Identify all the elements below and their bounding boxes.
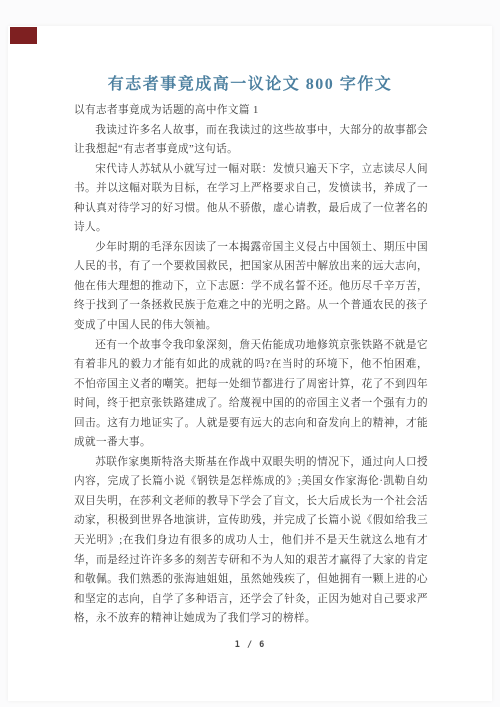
essay-paragraph: 宋代诗人苏轼从小就写过一幅对联：发愤只遍天下字，立志读尽人间书。并以这幅对联为目… [74, 160, 428, 238]
essay-paragraph: 我读过许多名人故事，而在我读过的这些故事中，大部分的故事都会让我想起“有志者事竟… [74, 121, 428, 160]
essay-subtitle: 以有志者事竟成为话题的高中作文篇 1 [74, 101, 428, 121]
essay-title: 有志者事竟成高一议论文 800 字作文 [0, 71, 500, 94]
document-viewer: 有志者事竟成高一议论文 800 字作文 以有志者事竟成为话题的高中作文篇 1 我… [0, 0, 500, 707]
essay-paragraph: 少年时期的毛泽东因读了一本揭露帝国主义侵占中国领土、期压中国人民的书，有了一个要… [74, 238, 428, 336]
essay-paragraph: 还有一个故事令我印象深刻，詹天佑能成功地修筑京张铁路不就是它有着非凡的毅力才能有… [74, 336, 428, 453]
essay-paragraph: 苏联作家奥斯特洛夫斯基在作战中双眼失明的情况下，通过向人口授内容，完成了长篇小说… [74, 453, 428, 629]
essay-body: 以有志者事竟成为话题的高中作文篇 1 我读过许多名人故事，而在我读过的这些故事中… [74, 101, 428, 629]
essay-paragraphs: 我读过许多名人故事，而在我读过的这些故事中，大部分的故事都会让我想起“有志者事竟… [74, 121, 428, 629]
corner-logo-mark [10, 27, 37, 44]
page-number: 1 / 6 [0, 640, 500, 650]
